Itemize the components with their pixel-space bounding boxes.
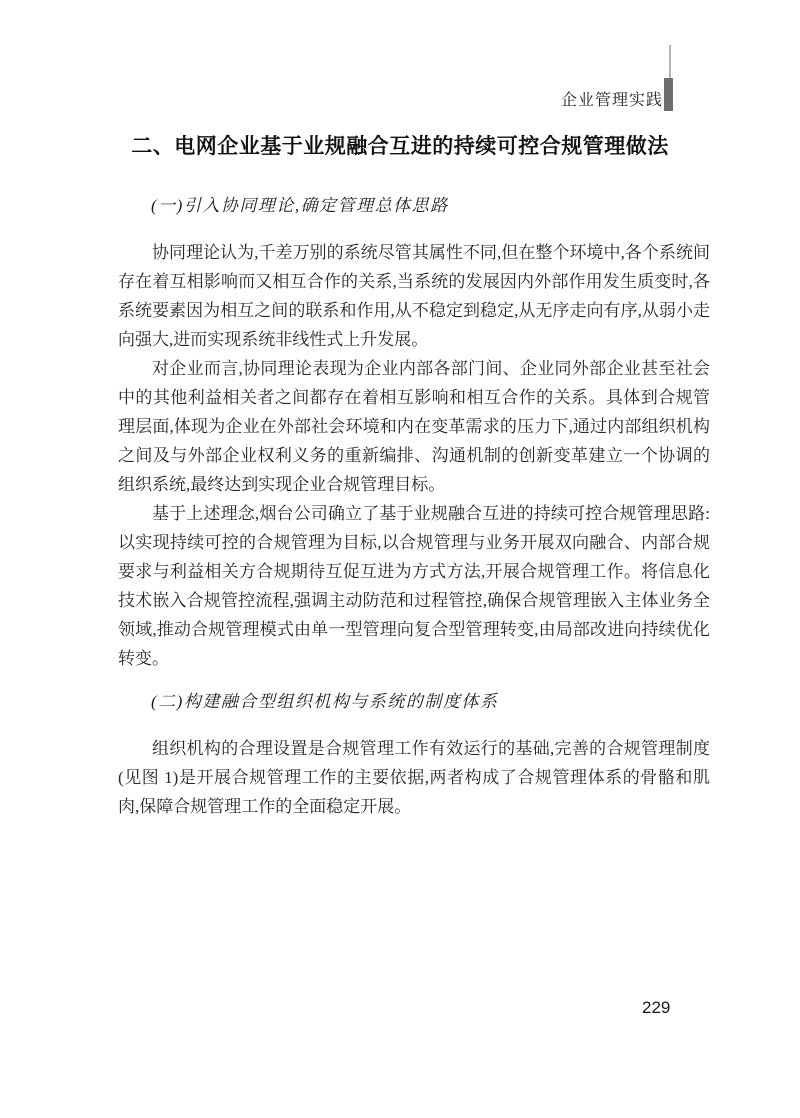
section-1-paragraph-2: 对企业而言,协同理论表现为企业内部各部门间、企业同外部企业甚至社会中的其他利益相…	[118, 354, 710, 499]
section-1-paragraph-3: 基于上述理念,烟台公司确立了基于业规融合互进的持续可控合规管理思路:以实现持续可…	[118, 499, 710, 673]
section-1-paragraph-1: 协同理论认为,千差万别的系统尽管其属性不同,但在整个环境中,各个系统间存在着互相…	[118, 238, 710, 354]
section-2-paragraph-1: 组织机构的合理设置是合规管理工作有效运行的基础,完善的合规管理制度(见图 1)是…	[118, 734, 710, 821]
book-page: 企业管理实践 二、电网企业基于业规融合互进的持续可控合规管理做法 (一)引入协同…	[0, 0, 800, 1118]
page-number: 229	[642, 998, 670, 1018]
header-bar-decoration	[664, 78, 673, 111]
header-thin-line-decoration	[669, 45, 671, 78]
section-2-heading: (二)构建融合型组织机构与系统的制度体系	[118, 692, 710, 712]
section-1-heading: (一)引入协同理论,确定管理总体思路	[118, 196, 710, 216]
page-body: (一)引入协同理论,确定管理总体思路 协同理论认为,千差万别的系统尽管其属性不同…	[118, 196, 710, 821]
running-header: 企业管理实践	[561, 91, 663, 111]
page-title: 二、电网企业基于业规融合互进的持续可控合规管理做法	[0, 133, 800, 160]
